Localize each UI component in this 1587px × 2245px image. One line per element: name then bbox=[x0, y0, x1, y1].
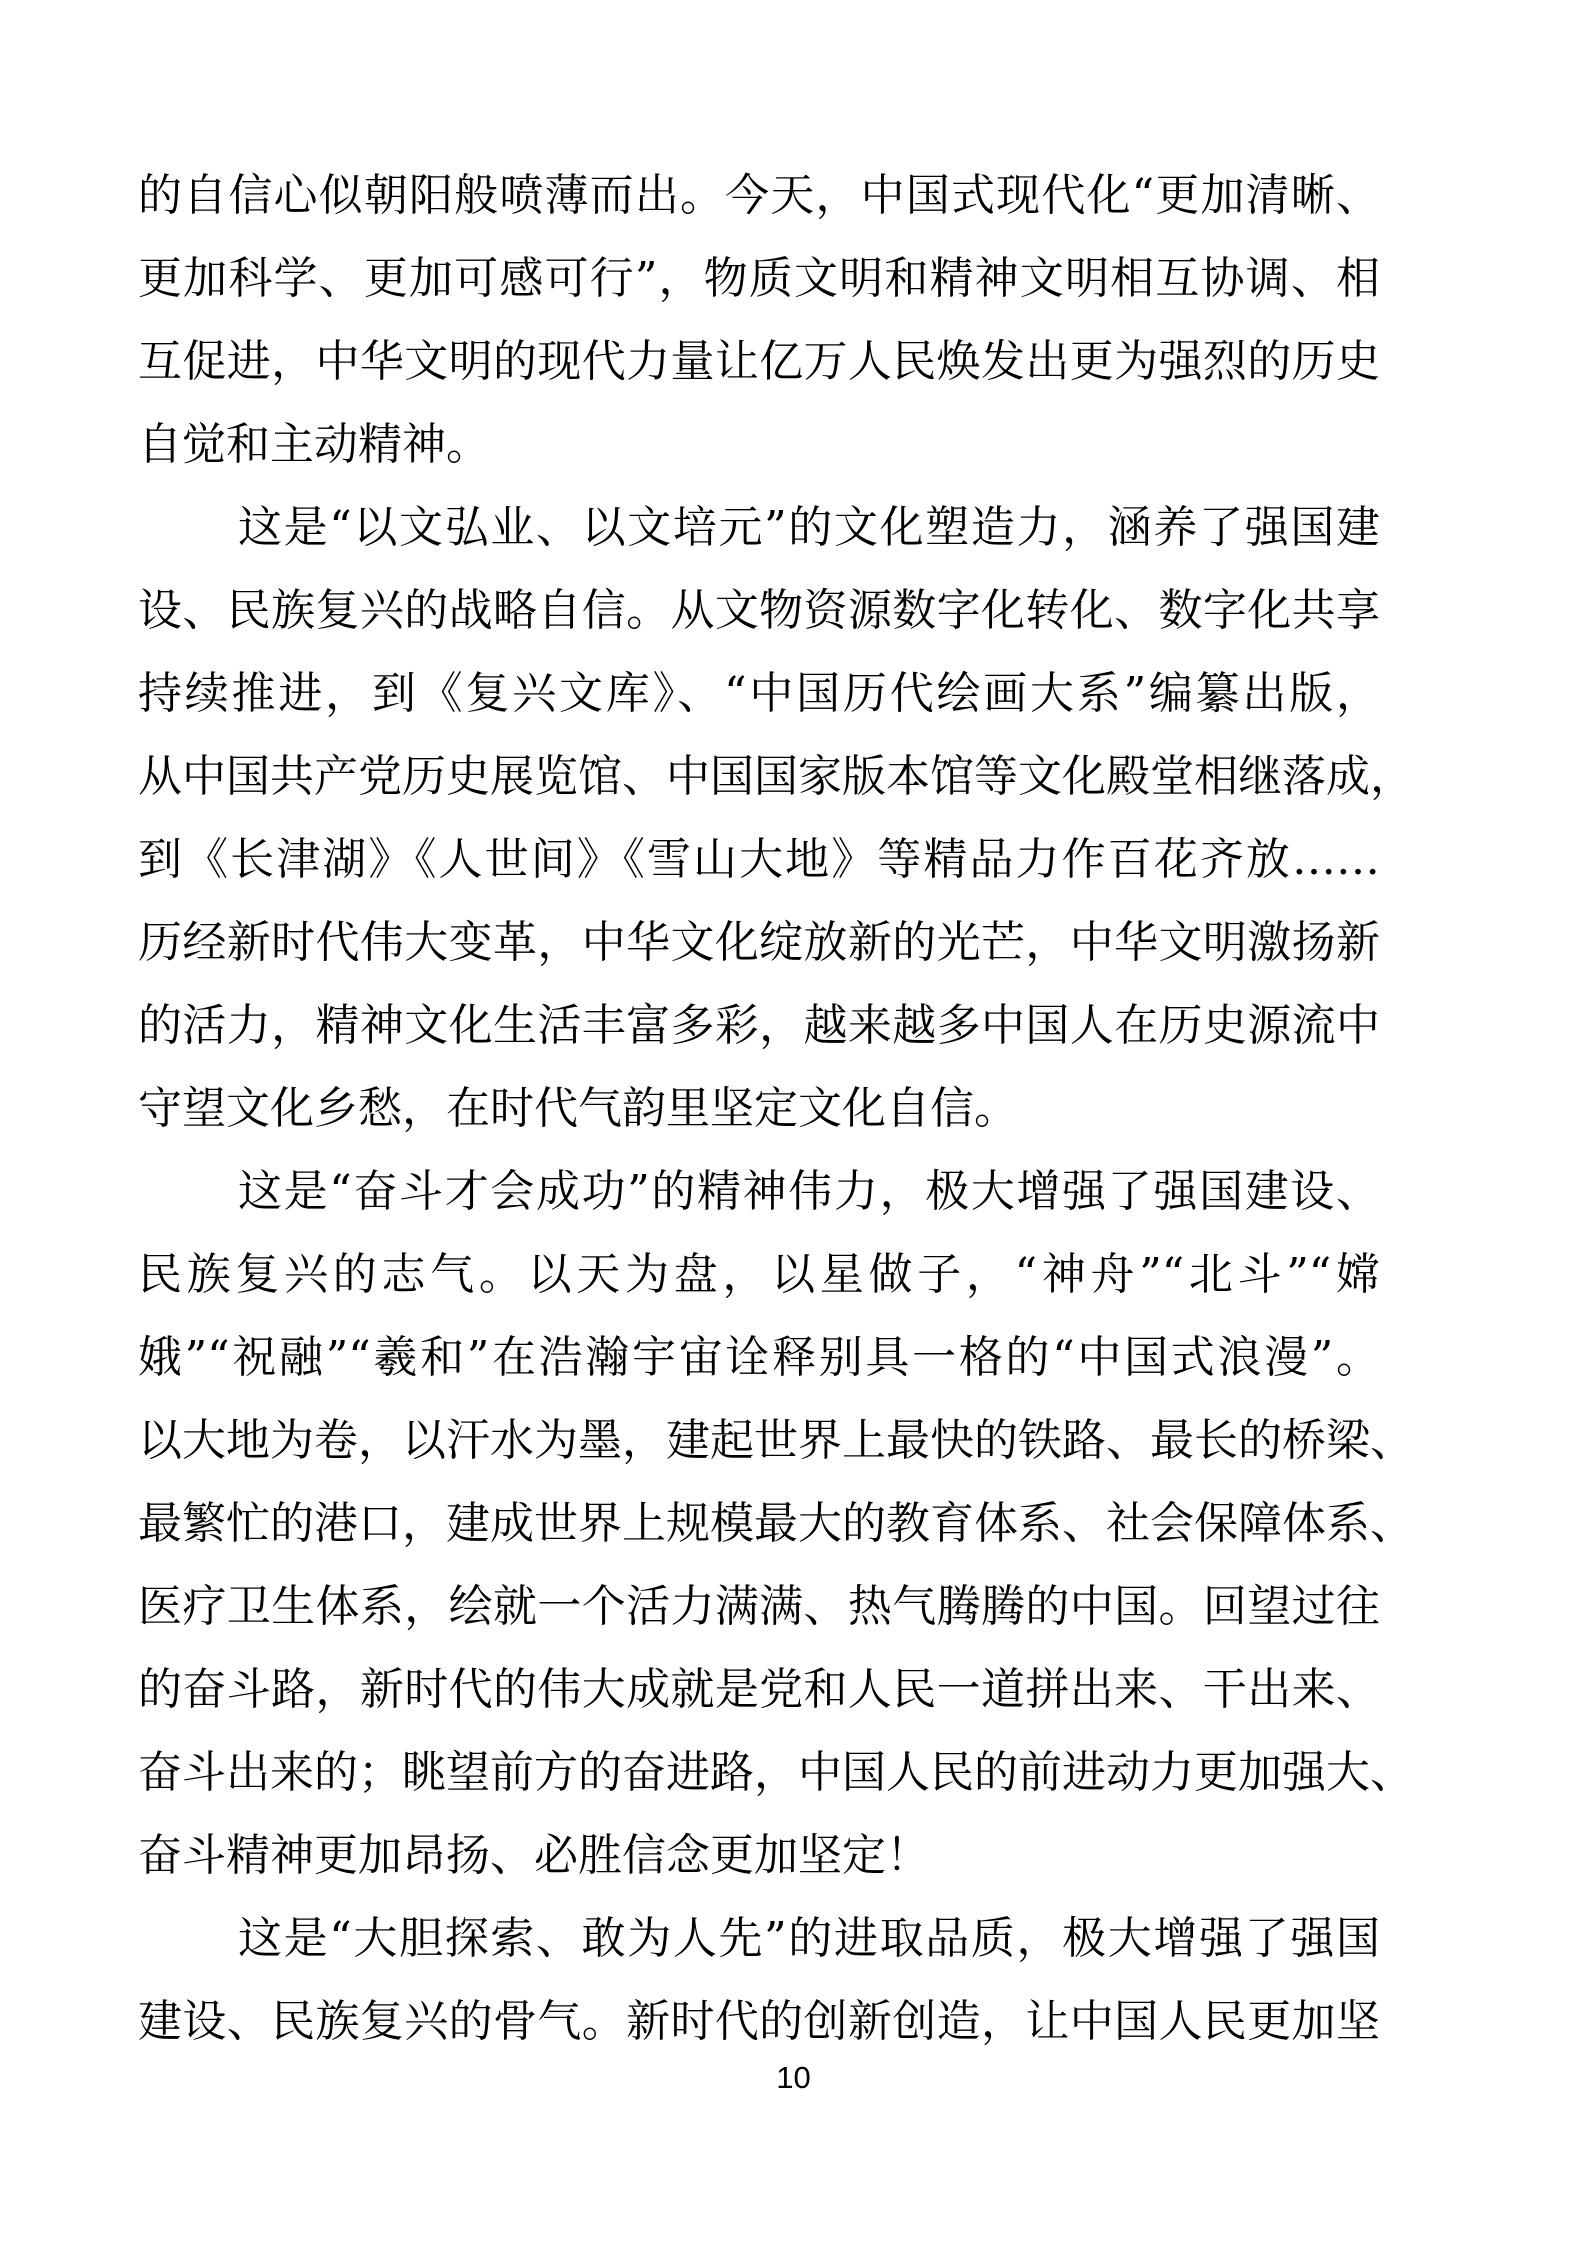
text-line: 到《长津湖》《人世间》《雪山大地》等精品力作百花齐放…… bbox=[138, 818, 1380, 901]
text-line: 这是“奋斗才会成功”的精神伟力，极大增强了强国建设、 bbox=[138, 1150, 1380, 1233]
text-line: 奋斗精神更加昂扬、必胜信念更加坚定！ bbox=[138, 1814, 1380, 1897]
text-line: 守望文化乡愁，在时代气韵里坚定文化自信。 bbox=[138, 1067, 1380, 1150]
text-line: 医疗卫生体系，绘就一个活力满满、热气腾腾的中国。回望过往 bbox=[138, 1565, 1380, 1648]
text-line: 建设、民族复兴的骨气。新时代的创新创造，让中国人民更加坚 bbox=[138, 1980, 1380, 2063]
paragraph: 这是“奋斗才会成功”的精神伟力，极大增强了强国建设、民族复兴的志气。以天为盘，以… bbox=[138, 1150, 1380, 1897]
page-number: 10 bbox=[776, 2060, 810, 2095]
text-line: 这是“大胆探索、敢为人先”的进取品质，极大增强了强国 bbox=[138, 1897, 1380, 1980]
text-line: 从中国共产党历史展览馆、中国国家版本馆等文化殿堂相继落成， bbox=[138, 735, 1380, 818]
text-line: 的自信心似朝阳般喷薄而出。今天，中国式现代化“更加清晰、 bbox=[138, 154, 1380, 237]
text-line: 历经新时代伟大变革，中华文化绽放新的光芒，中华文明激扬新 bbox=[138, 901, 1380, 984]
text-line: 娥”“祝融”“羲和”在浩瀚宇宙诠释别具一格的“中国式浪漫”。 bbox=[138, 1316, 1380, 1399]
text-line: 持续推进，到《复兴文库》、“中国历代绘画大系”编纂出版， bbox=[138, 652, 1380, 735]
text-line: 民族复兴的志气。以天为盘，以星做子，“神舟”“北斗”“嫦 bbox=[138, 1233, 1380, 1316]
paragraph: 这是“以文弘业、以文培元”的文化塑造力，涵养了强国建设、民族复兴的战略自信。从文… bbox=[138, 486, 1380, 1150]
document-body: 的自信心似朝阳般喷薄而出。今天，中国式现代化“更加清晰、更加科学、更加可感可行”… bbox=[138, 154, 1380, 2063]
text-line: 互促进，中华文明的现代力量让亿万人民焕发出更为强烈的历史 bbox=[138, 320, 1380, 403]
paragraph: 的自信心似朝阳般喷薄而出。今天，中国式现代化“更加清晰、更加科学、更加可感可行”… bbox=[138, 154, 1380, 486]
page-footer: 10 bbox=[0, 2058, 1587, 2098]
text-line: 自觉和主动精神。 bbox=[138, 403, 1380, 486]
text-line: 更加科学、更加可感可行”，物质文明和精神文明相互协调、相 bbox=[138, 237, 1380, 320]
text-line: 奋斗出来的；眺望前方的奋进路，中国人民的前进动力更加强大、 bbox=[138, 1731, 1380, 1814]
text-line: 最繁忙的港口，建成世界上规模最大的教育体系、社会保障体系、 bbox=[138, 1482, 1380, 1565]
document-page: 的自信心似朝阳般喷薄而出。今天，中国式现代化“更加清晰、更加科学、更加可感可行”… bbox=[0, 0, 1587, 2245]
paragraph: 这是“大胆探索、敢为人先”的进取品质，极大增强了强国建设、民族复兴的骨气。新时代… bbox=[138, 1897, 1380, 2063]
text-line: 的奋斗路，新时代的伟大成就是党和人民一道拼出来、干出来、 bbox=[138, 1648, 1380, 1731]
text-line: 的活力，精神文化生活丰富多彩，越来越多中国人在历史源流中 bbox=[138, 984, 1380, 1067]
text-line: 以大地为卷，以汗水为墨，建起世界上最快的铁路、最长的桥梁、 bbox=[138, 1399, 1380, 1482]
text-line: 这是“以文弘业、以文培元”的文化塑造力，涵养了强国建 bbox=[138, 486, 1380, 569]
text-line: 设、民族复兴的战略自信。从文物资源数字化转化、数字化共享 bbox=[138, 569, 1380, 652]
